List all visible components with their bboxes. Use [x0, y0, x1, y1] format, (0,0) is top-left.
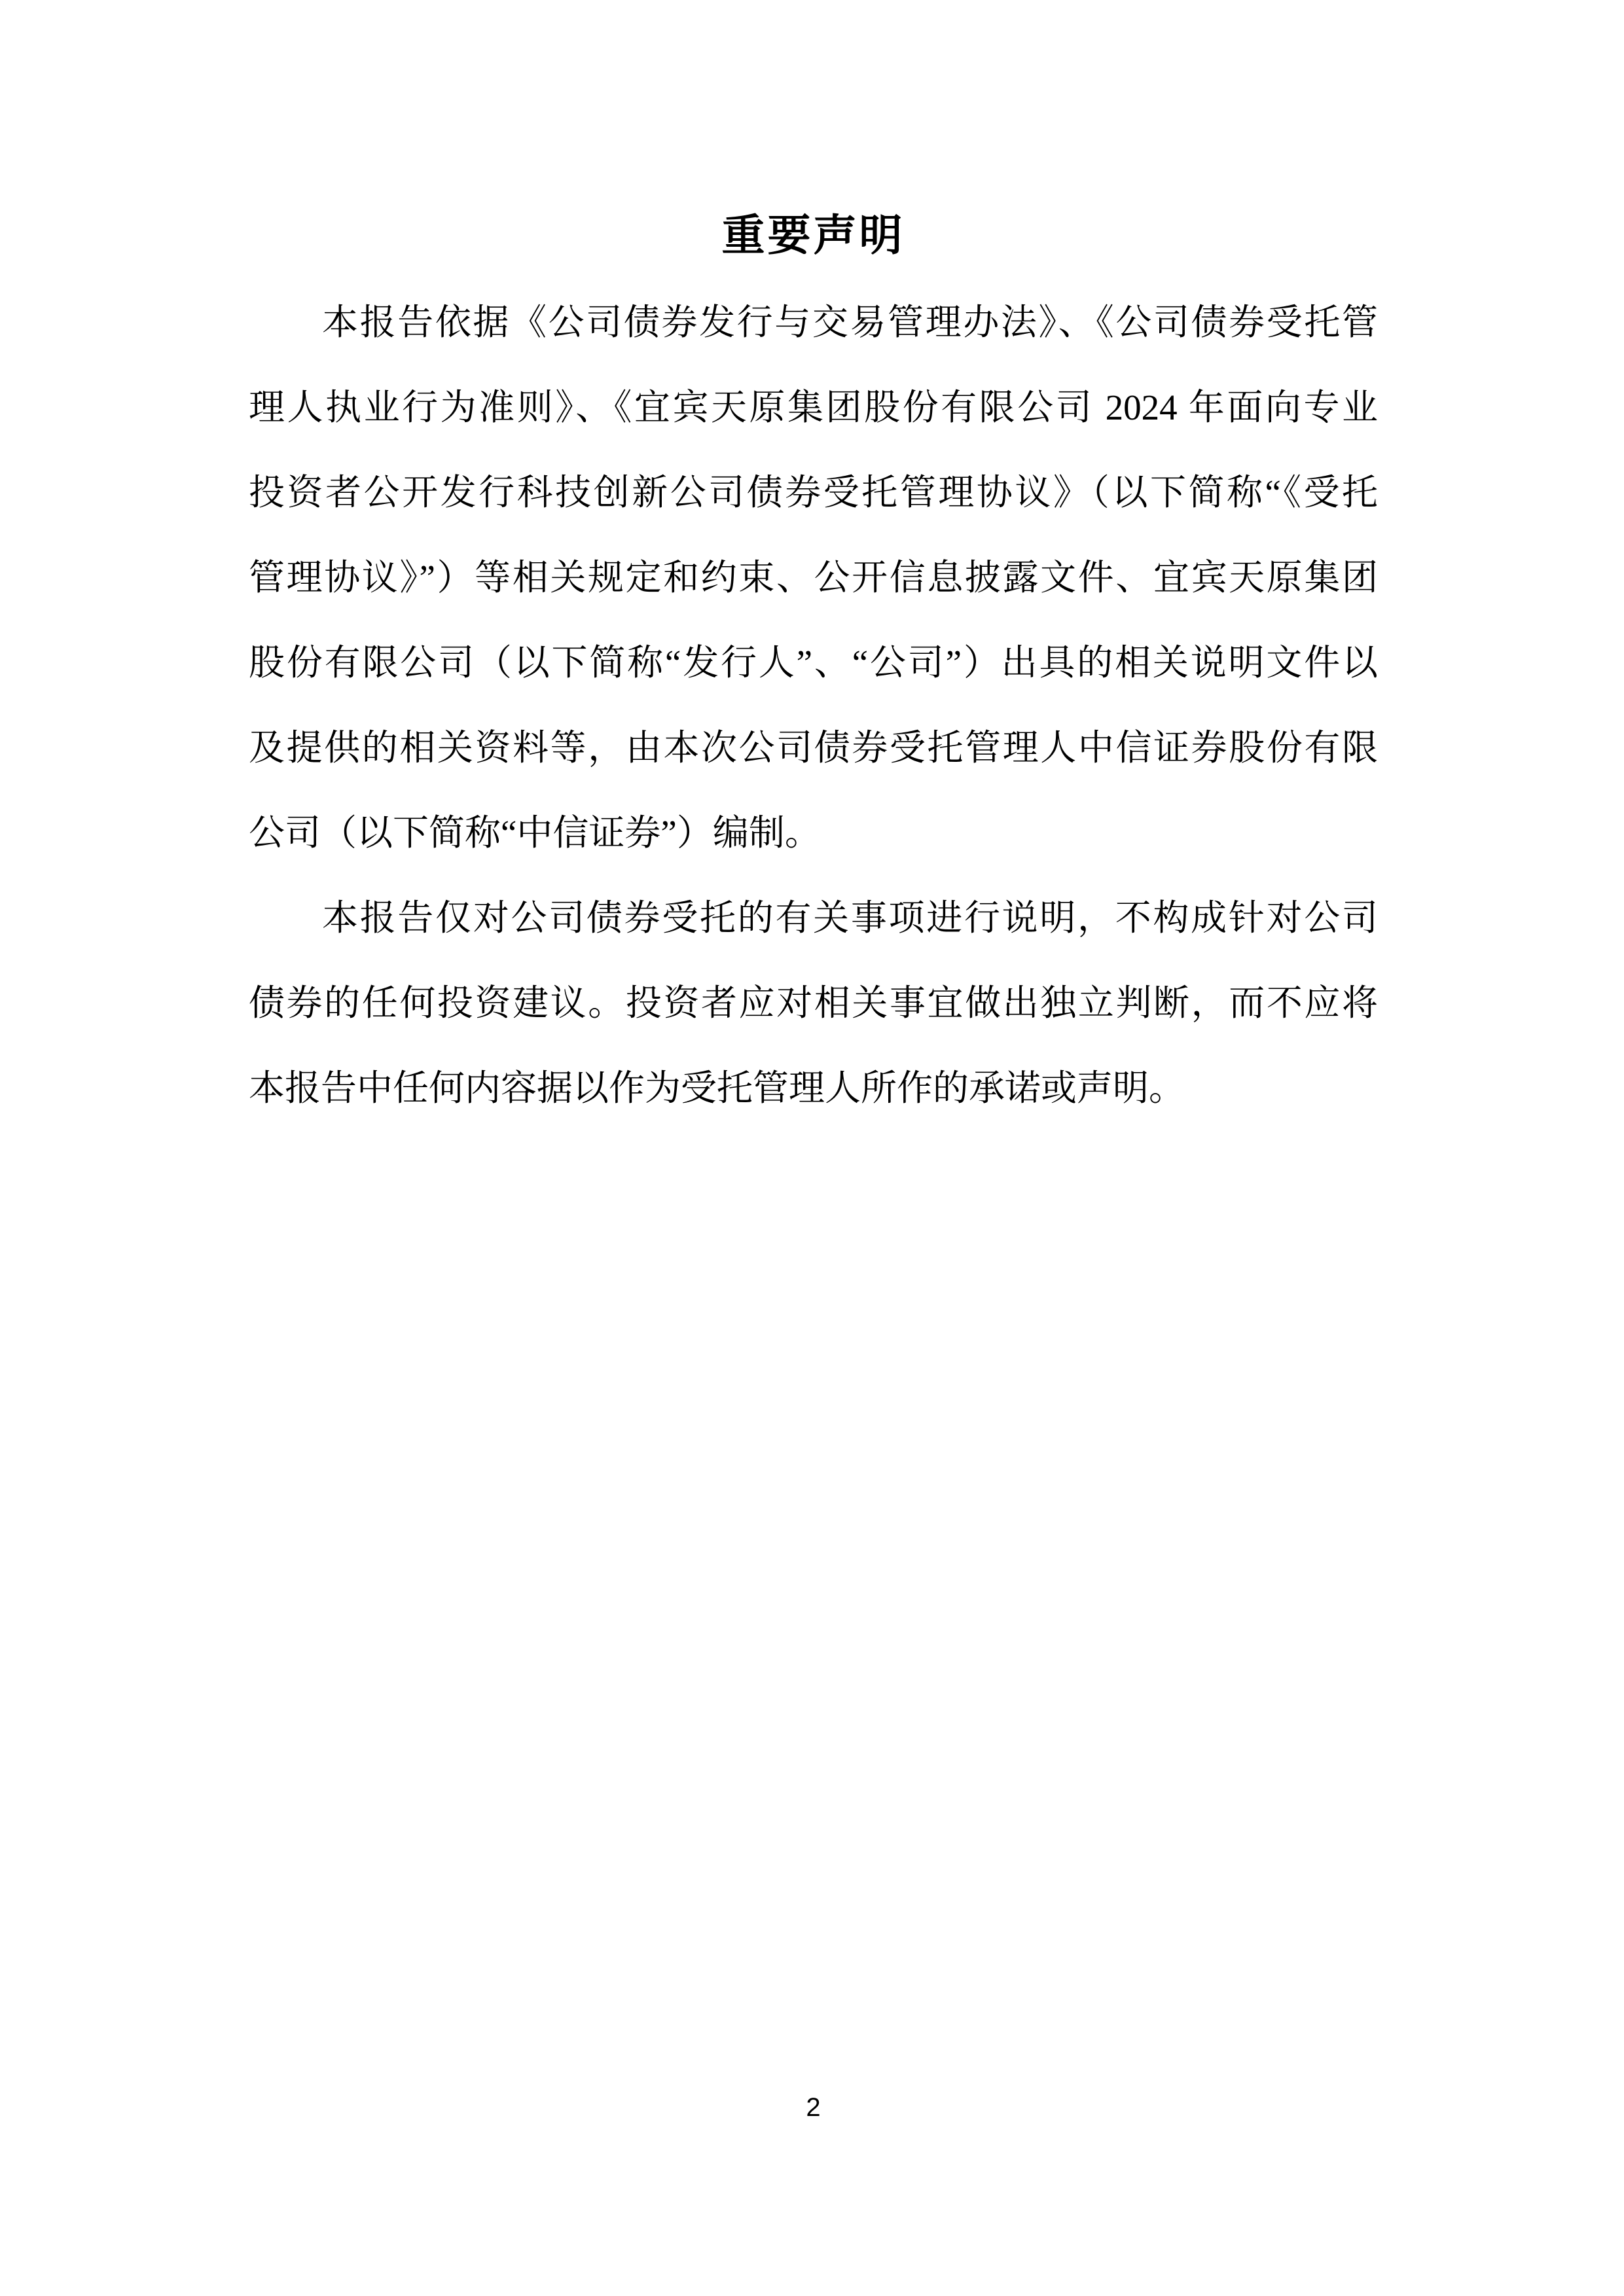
paragraph-line: 股份有限公司（以下简称“发行人”、“公司”）出具的相关说明文件以 [249, 620, 1378, 706]
paragraph-line: 债券的任何投资建议。投资者应对相关事宜做出独立判断，而不应将 [249, 961, 1378, 1046]
paragraph-line: 本报告依据《公司债券发行与交易管理办法》、《公司债券受托管 [249, 280, 1378, 365]
paragraph-line: 管理协议》”）等相关规定和约束、公开信息披露文件、宜宾天原集团 [249, 535, 1378, 620]
page-number: 2 [249, 2092, 1378, 2123]
paragraph-line: 公司（以下简称“中信证券”）编制。 [249, 791, 1378, 876]
paragraph-1: 本报告依据《公司债券发行与交易管理办法》、《公司债券受托管 理人执业行为准则》、… [249, 280, 1378, 876]
paragraph-2: 本报告仅对公司债券受托的有关事项进行说明，不构成针对公司 债券的任何投资建议。投… [249, 876, 1378, 1131]
document-body: 本报告依据《公司债券发行与交易管理办法》、《公司债券受托管 理人执业行为准则》、… [249, 280, 1378, 1131]
document-page: 重要声明 本报告依据《公司债券发行与交易管理办法》、《公司债券受托管 理人执业行… [0, 0, 1624, 2296]
paragraph-line: 本报告仅对公司债券受托的有关事项进行说明，不构成针对公司 [249, 876, 1378, 961]
paragraph-line: 本报告中任何内容据以作为受托管理人所作的承诺或声明。 [249, 1046, 1378, 1131]
paragraph-line: 投资者公开发行科技创新公司债券受托管理协议》（以下简称“《受托 [249, 450, 1378, 535]
page-title: 重要声明 [249, 206, 1378, 266]
paragraph-line: 理人执业行为准则》、《宜宾天原集团股份有限公司 2024 年面向专业 [249, 365, 1378, 450]
paragraph-line: 及提供的相关资料等，由本次公司债券受托管理人中信证券股份有限 [249, 706, 1378, 791]
